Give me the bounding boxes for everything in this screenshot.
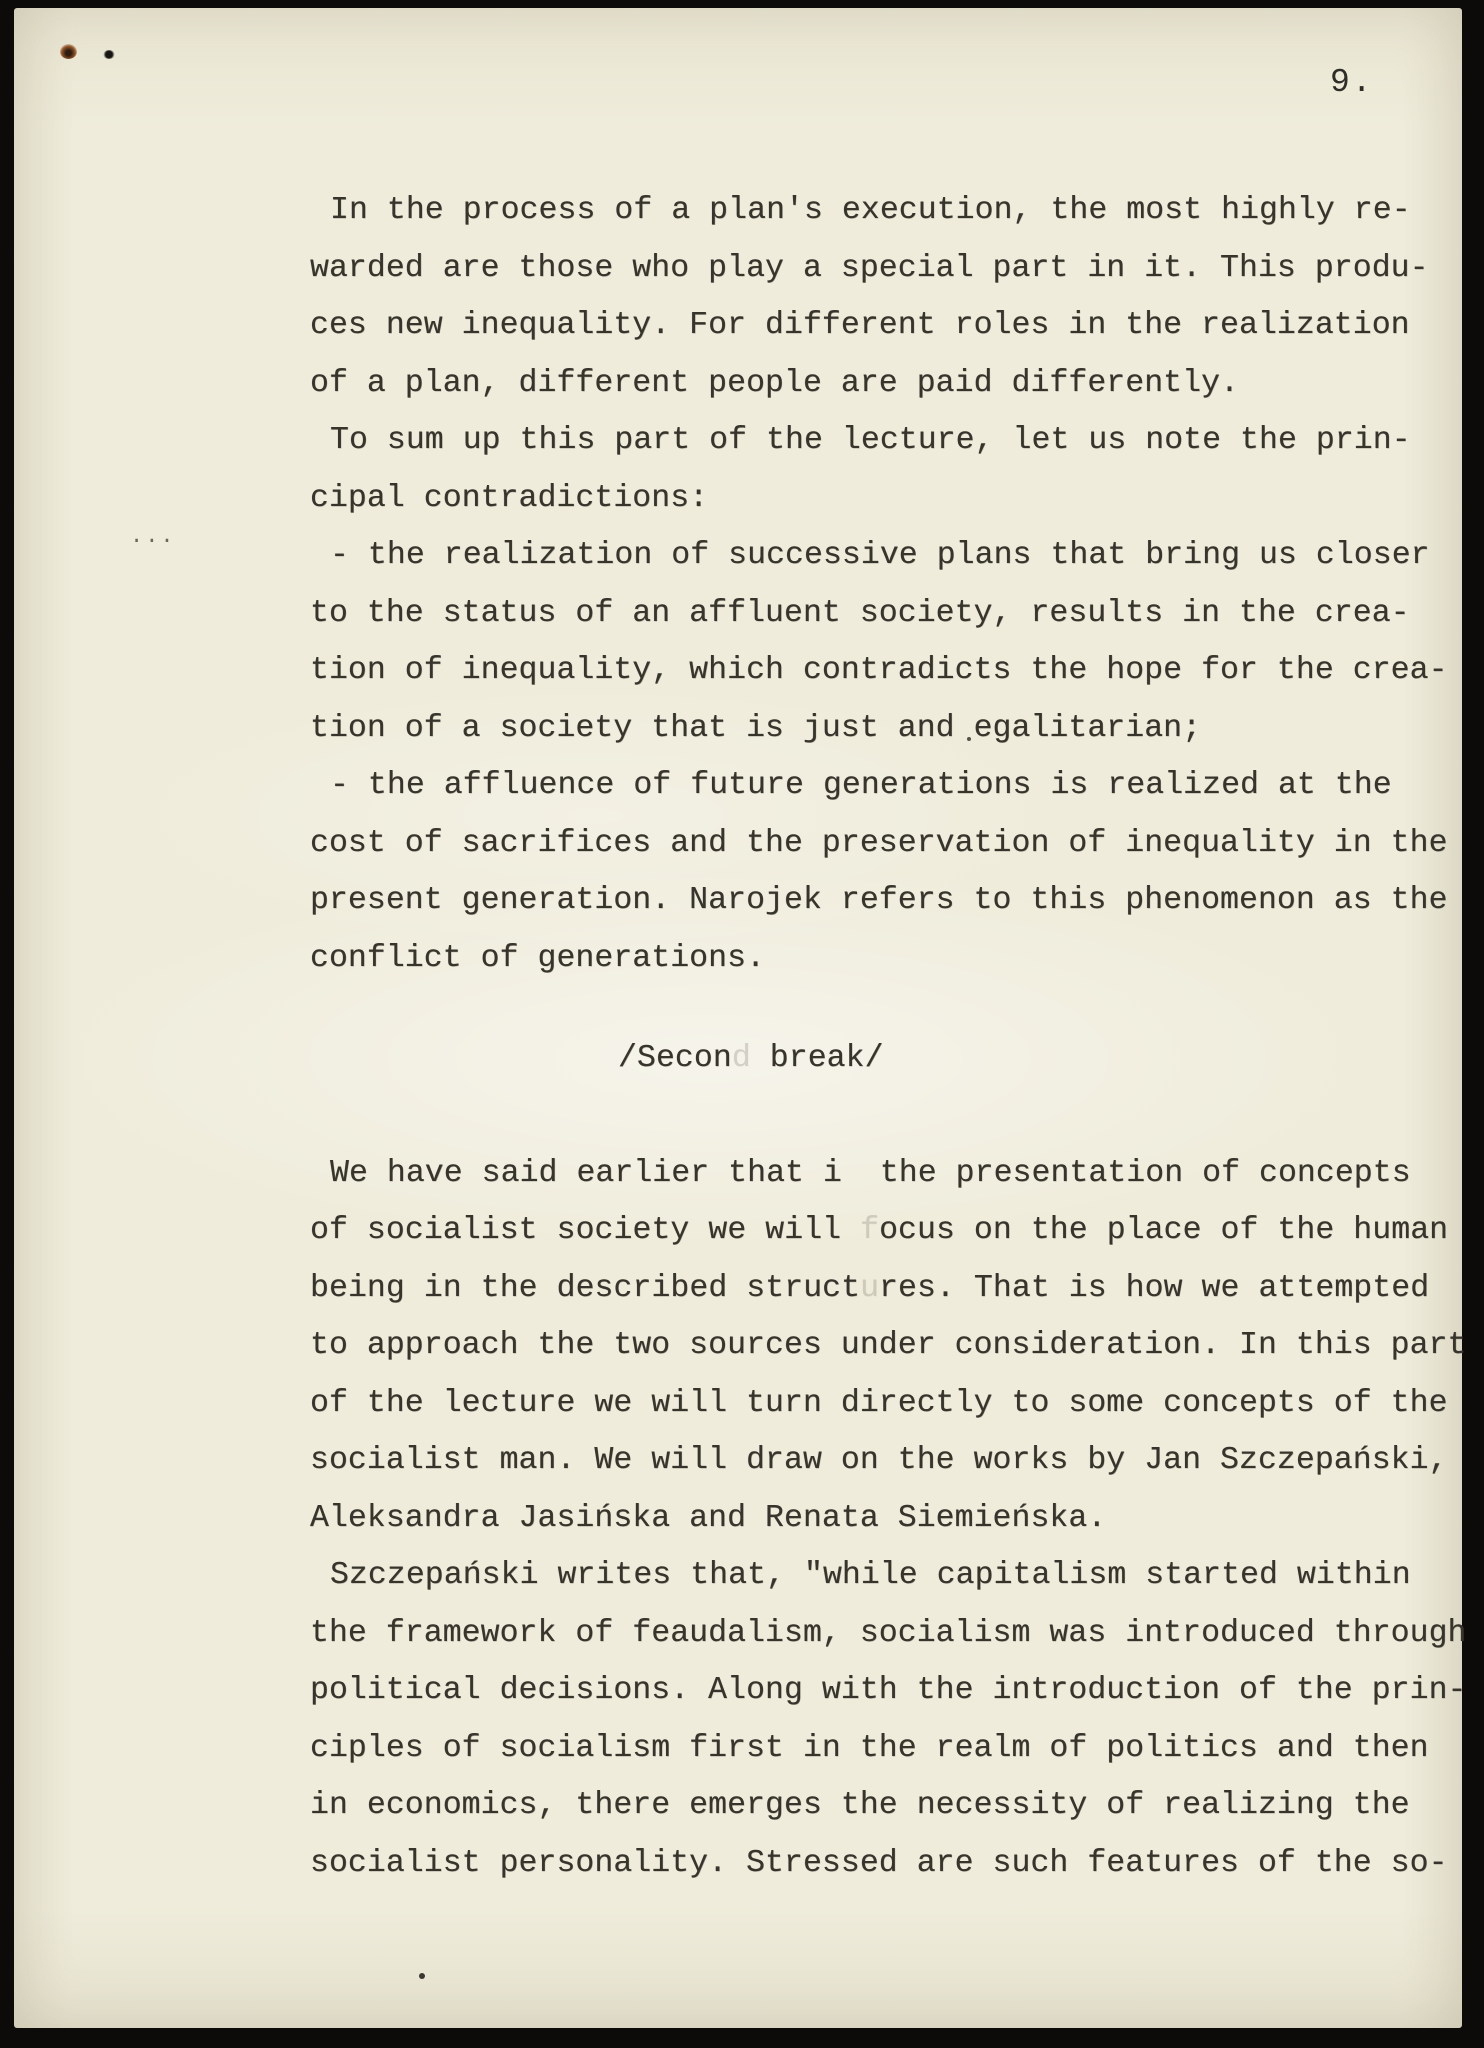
text-line: - the realization of successive plans th…	[310, 527, 1470, 585]
stain-spot	[60, 44, 77, 59]
text-line: ciples of socialism first in the realm o…	[310, 1720, 1470, 1778]
text-line: to approach the two sources under consid…	[310, 1317, 1470, 1375]
text-line: tion of inequality, which contradicts th…	[310, 642, 1470, 700]
text-line: To sum up this part of the lecture, let …	[310, 412, 1470, 470]
scanned-document: 9. In the process of a plan's execution,…	[0, 0, 1484, 2048]
text-line: socialist man. We will draw on the works…	[310, 1432, 1470, 1490]
text-line: present generation. Narojek refers to th…	[310, 872, 1470, 930]
document-body: In the process of a plan's execution, th…	[310, 182, 1470, 1892]
text-line: of the lecture we will turn directly to …	[310, 1375, 1470, 1433]
text-line: being in the described structures. That …	[310, 1260, 1470, 1318]
ink-spot	[103, 50, 115, 59]
text-line: ces new inequality. For different roles …	[310, 297, 1470, 355]
text-line: tion of a society that is just and egali…	[310, 700, 1470, 758]
text-line: Szczepański writes that, "while capitali…	[310, 1547, 1470, 1605]
text-line: /Second break/	[618, 1030, 1470, 1088]
stray-dot-mid	[967, 737, 971, 741]
text-line: of a plan, different people are paid dif…	[310, 355, 1470, 413]
text-line: in economics, there emerges the necessit…	[310, 1777, 1470, 1835]
text-line: the framework of feaudalism, socialism w…	[310, 1605, 1470, 1663]
text-line: of socialist society we will focus on th…	[310, 1202, 1470, 1260]
text-line: conflict of generations.	[310, 930, 1470, 988]
text-line: cost of sacrifices and the preservation …	[310, 815, 1470, 873]
text-line: cipal contradictions:	[310, 470, 1470, 528]
stray-dot-bottom	[419, 1973, 425, 1979]
text-line: - the affluence of future generations is…	[310, 757, 1470, 815]
text-line: political decisions. Along with the intr…	[310, 1662, 1470, 1720]
text-line: socialist personality. Stressed are such…	[310, 1835, 1470, 1893]
text-line: to the status of an affluent society, re…	[310, 585, 1470, 643]
text-line: We have said earlier that i the presenta…	[310, 1145, 1470, 1203]
text-line: In the process of a plan's execution, th…	[310, 182, 1470, 240]
page-number: 9.	[1330, 64, 1374, 101]
text-line: Aleksandra Jasińska and Renata Siemieńsk…	[310, 1490, 1470, 1548]
text-line: warded are those who play a special part…	[310, 240, 1470, 298]
paper-page: 9. In the process of a plan's execution,…	[14, 8, 1462, 2028]
margin-mark: ...	[130, 524, 176, 549]
